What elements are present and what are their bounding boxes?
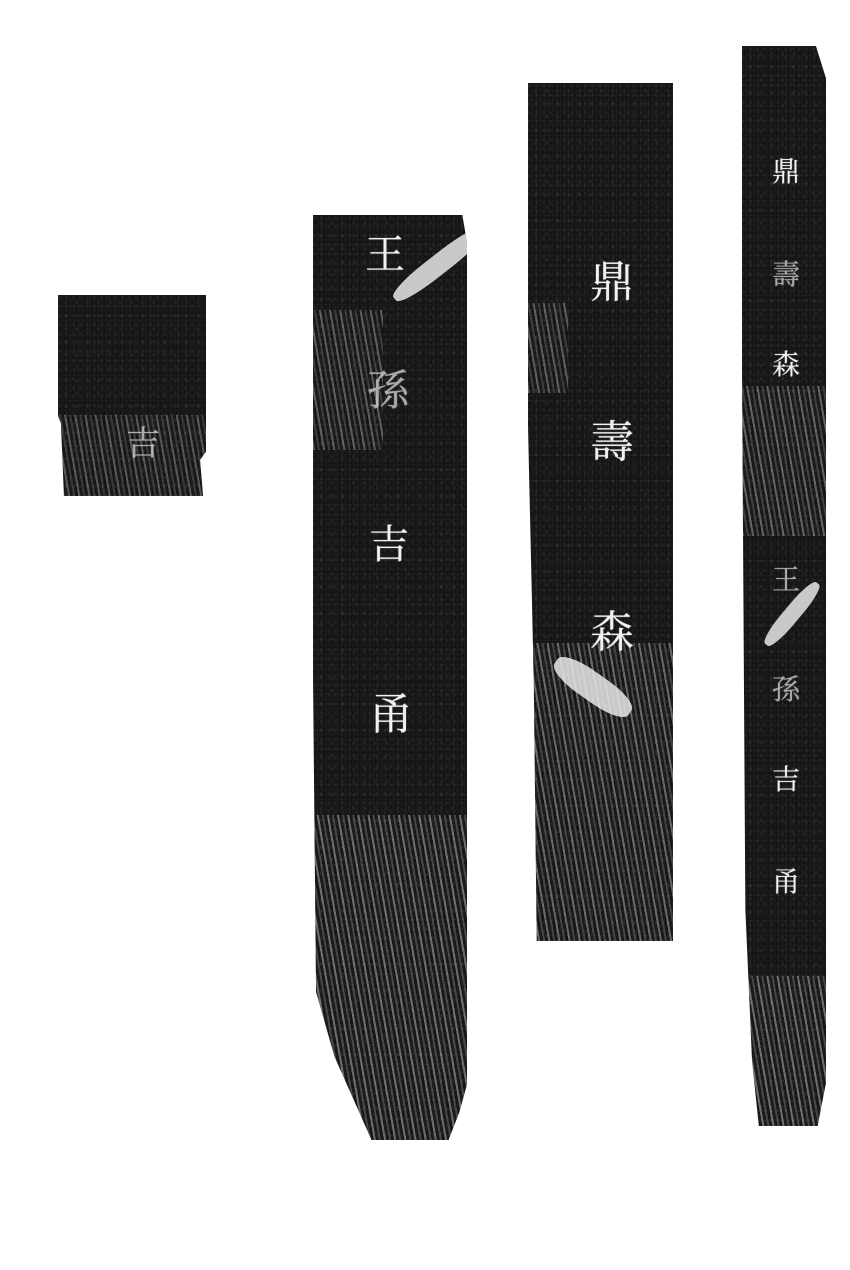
inscription-character: 壽 <box>772 261 800 289</box>
worn-area <box>528 303 568 393</box>
rubbing-fragment-4: 𢍰 鼎 壽 森 王 孫 吉 甬 <box>742 46 826 1126</box>
inscription-character: 鼎 <box>590 261 634 305</box>
inscription-character: 王 <box>772 566 800 594</box>
inscription-character: 吉 <box>369 525 409 565</box>
rubbing-fragment-3: 𢍰 鼎 壽 森 <box>528 83 673 941</box>
inscription-character: 吉 <box>126 427 160 461</box>
inscription-character: 森 <box>590 611 634 655</box>
inscription-character: 𢍰 <box>587 89 594 128</box>
inscription-character: 森 <box>772 351 800 379</box>
worn-area <box>742 976 826 1126</box>
rubbing-fragment-2: 王 孫 吉 甬 <box>313 215 467 1140</box>
inscription-character: 壽 <box>590 421 634 465</box>
inscription-character: 鼎 <box>772 158 800 186</box>
inscription-character: 甬 <box>772 868 800 896</box>
inscription-character: 孫 <box>772 676 800 704</box>
inscription-character: 甬 <box>369 693 413 737</box>
inscription-character: 吉 <box>772 766 800 794</box>
worn-area <box>313 815 467 1140</box>
inscription-character: 𢍰 <box>115 299 120 337</box>
worn-area <box>742 386 826 536</box>
inscription-character: 孫 <box>367 370 409 412</box>
rubbing-fragment-1: 𢍰 吉 <box>58 295 206 496</box>
inscription-character: 王 <box>365 235 405 275</box>
